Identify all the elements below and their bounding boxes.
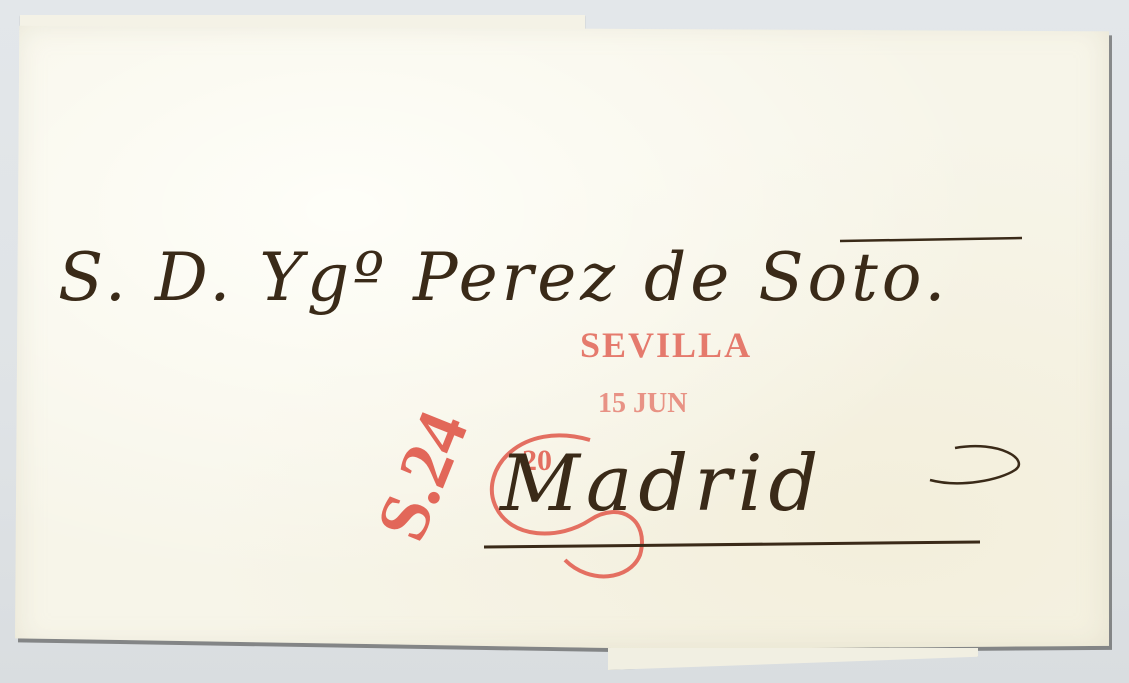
rate-mark-s24: S.24 [361, 400, 484, 551]
postmark-date-text: 15 JUN [598, 388, 687, 419]
sevilla-postmark: SEVILLA 15 JUN [580, 325, 752, 419]
city-underline [484, 542, 980, 547]
letter-cover-scene: SEVILLA 15 JUN S.24 20 S. D. Ygº Perez d… [0, 0, 1129, 683]
address-line-1: S. D. Ygº Perez de Soto. [58, 238, 1022, 316]
sevilla-postmark-text: SEVILLA [580, 325, 752, 365]
destination-city: Madrid [498, 439, 824, 529]
city-flourish [930, 446, 1019, 483]
markings-layer: SEVILLA 15 JUN S.24 20 S. D. Ygº Perez d… [0, 0, 1129, 683]
rate-mark-text: S.24 [361, 400, 484, 551]
addressee-name: S. D. Ygº Perez de Soto. [58, 239, 949, 316]
